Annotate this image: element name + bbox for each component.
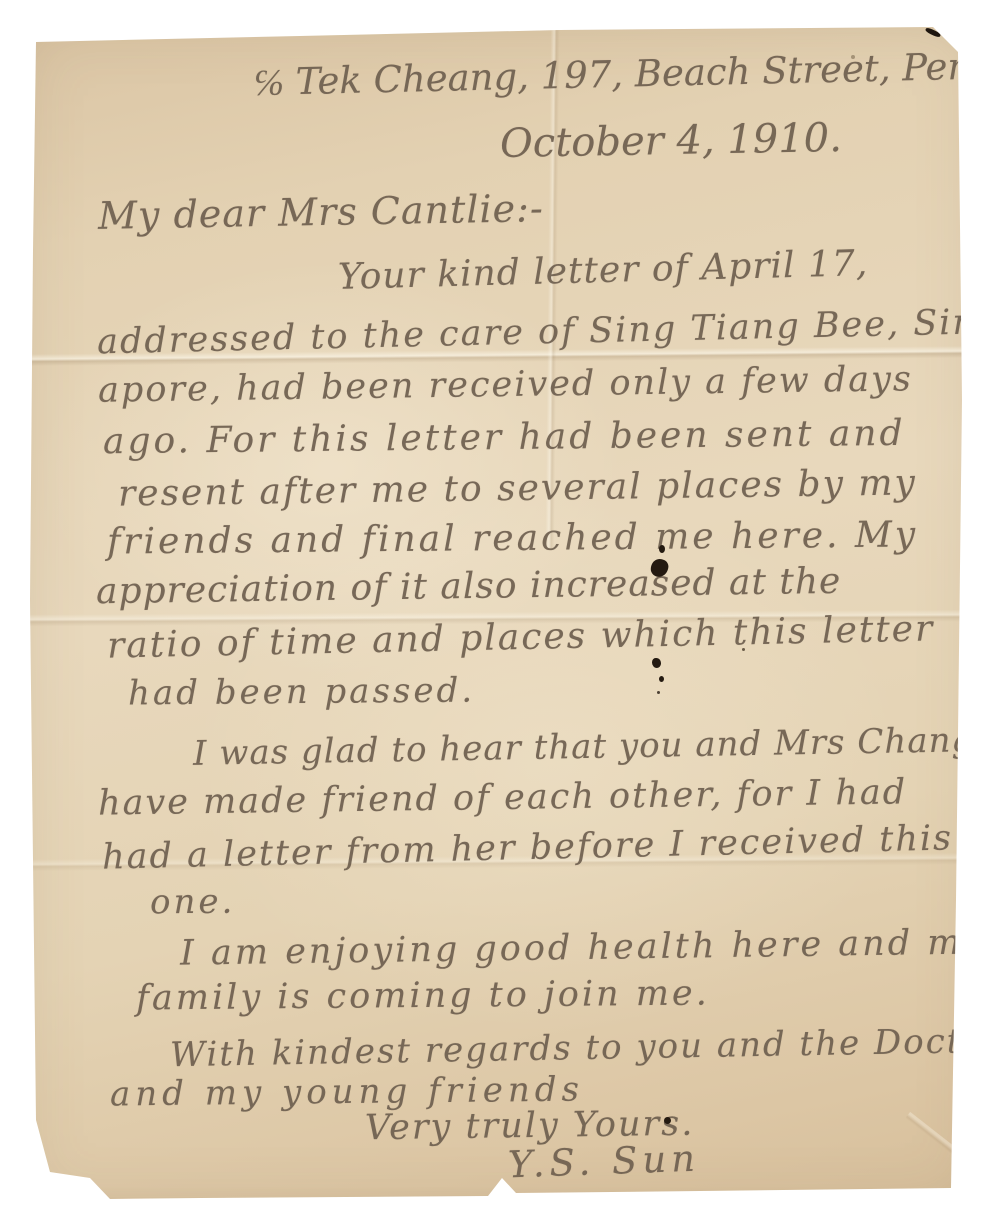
- salutation-line: My dear Mrs Cantlie:-: [98, 186, 544, 238]
- letter-line: resent after me to several places by my: [118, 462, 917, 514]
- letter-line: family is coming to join me.: [136, 973, 710, 1018]
- fold-crease-diagonal: [905, 1112, 1000, 1192]
- ink-blot: [652, 658, 661, 668]
- letter-scan-page: ℅ Tek Cheang, 197, Beach Street, Penang.…: [0, 0, 1000, 1231]
- letter-line: ago. For this letter had been sent and: [103, 413, 906, 462]
- letter-line: appreciation of it also increased at the: [96, 561, 842, 612]
- ink-blot: [659, 676, 664, 682]
- letter-line: had a letter from her before I received …: [102, 818, 954, 877]
- letter-line: friends and final reached me here. My: [107, 514, 918, 562]
- letter-line: Your kind letter of April 17,: [338, 243, 869, 298]
- letter-line: I was glad to hear that you and Mrs Chan…: [193, 720, 975, 774]
- letter-paper: ℅ Tek Cheang, 197, Beach Street, Penang.…: [0, 0, 1000, 1231]
- letter-line: I am enjoying good health here and my: [180, 922, 987, 973]
- letter-line: have made friend of each other, for I ha…: [98, 772, 908, 823]
- date-line: October 4, 1910.: [500, 115, 843, 167]
- ink-blot: [659, 545, 665, 553]
- letter-line: apore, had been received only a few days: [98, 359, 913, 410]
- ink-blot: [657, 691, 660, 694]
- address-line: ℅ Tek Cheang, 197, Beach Street, Penang.: [253, 43, 1000, 105]
- paper-speck: [851, 55, 855, 59]
- letter-line: had been passed.: [128, 670, 475, 713]
- paper-speck: [742, 648, 745, 651]
- letter-line: one.: [150, 882, 236, 923]
- ink-mark-corner: [925, 27, 942, 38]
- letter-line: With kindest regards to you and the Doct…: [170, 1021, 1000, 1076]
- ink-blot: [664, 1117, 671, 1124]
- signature-line: Y.S. Sun: [507, 1137, 700, 1187]
